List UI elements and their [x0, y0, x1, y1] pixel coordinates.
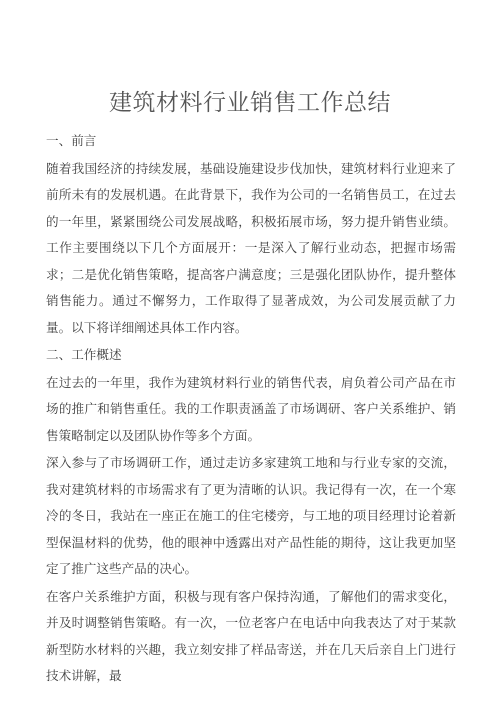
document-title: 建筑材料行业销售工作总结 — [0, 84, 500, 117]
paragraph-overview-duties: 在过去的一年里，我作为建筑材料行业的销售代表，肩负着公司产品在市场的推广和销售重… — [46, 370, 456, 450]
paragraph-preface: 随着我国经济的持续发展，基础设施建设步伐加快，建筑材料行业迎来了前所未有的发展机… — [46, 156, 456, 342]
document-page: 建筑材料行业销售工作总结 一、前言 随着我国经济的持续发展，基础设施建设步伐加快… — [0, 0, 500, 707]
document-body: 一、前言 随着我国经济的持续发展，基础设施建设步伐加快，建筑材料行业迎来了前所未… — [46, 128, 456, 691]
paragraph-overview-market-research: 深入参与了市场调研工作，通过走访多家建筑工地和与行业专家的交流，我对建筑材料的市… — [46, 450, 456, 583]
section-heading-overview: 二、工作概述 — [46, 342, 456, 369]
paragraph-overview-customer-relations: 在客户关系维护方面，积极与现有客户保持沟通，了解他们的需求变化，并及时调整销售策… — [46, 584, 456, 690]
section-heading-preface: 一、前言 — [46, 128, 456, 155]
